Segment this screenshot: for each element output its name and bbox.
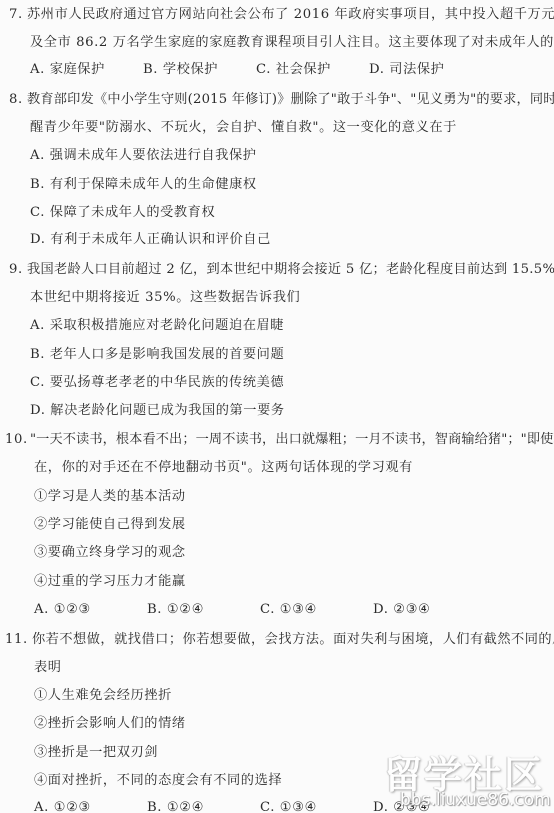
option-d: D. 解决老龄化问题已成为我国的第一要务 (30, 401, 285, 421)
question-stem-line: 你若不想做，就找借口；你若想要做，会找方法。面对失利与困境，人们有截然不同的反应 (32, 630, 554, 650)
question-stem-line: 苏州市人民政府通过官方网站向社会公布了 2016 年政府实事项目，其中投入超千万… (27, 5, 554, 25)
question-stem-line: 及全市 86.2 万名学生家庭的家庭教育课程项目引人注目。这主要体现了对未成年人… (30, 33, 554, 53)
question-number: 7. (9, 5, 23, 25)
option-a: A. 家庭保护 (30, 60, 105, 80)
question-number: 10. (5, 430, 28, 450)
statement-3: ③挫折是一把双刃剑 (34, 743, 158, 763)
question-stem-line: 我国老龄人口目前超过 2 亿，到本世纪中期将会接近 5 亿；老龄化程度目前达到 … (27, 260, 554, 280)
statement-2: ②学习能使自己得到发展 (34, 515, 186, 535)
option-c: C. ①③④ (260, 798, 317, 813)
statement-4: ④面对挫折，不同的态度会有不同的选择 (34, 771, 282, 791)
option-a: A. 强调未成年人要依法进行自我保护 (30, 146, 257, 166)
question-number: 11. (5, 630, 28, 650)
question-stem-line: 醒青少年要"防溺水、不玩火，会自护、懂自救"。这一变化的意义在于 (30, 118, 457, 138)
option-b: B. ①②④ (147, 798, 204, 813)
question-stem-line: 表明 (34, 658, 62, 678)
option-c: C. 保障了未成年人的受教育权 (30, 203, 215, 223)
question-stem-line: 教育部印发《中小学生守则(2015 年修订)》删除了"敢于斗争"、"见义勇为"的… (27, 90, 554, 110)
question-stem-line: 在，你的对手还在不停地翻动书页"。这两句话体现的学习观有 (34, 458, 413, 478)
option-b: B. 有利于保障未成年人的生命健康权 (30, 175, 257, 195)
statement-4: ④过重的学习压力才能赢 (34, 572, 186, 592)
option-a: A. ①②③ (34, 798, 91, 813)
option-d: D. 有利于未成年人正确认识和评价自己 (30, 230, 271, 250)
option-d: D. ②③④ (373, 600, 431, 620)
option-d: D. ②③④ (373, 798, 431, 813)
option-d: D. 司法保护 (369, 60, 444, 80)
option-b: B. 学校保护 (143, 60, 218, 80)
question-number: 9. (9, 260, 23, 280)
option-b: B. 老年人口多是影响我国发展的首要问题 (30, 345, 284, 365)
question-number: 8. (9, 90, 23, 110)
option-c: C. 社会保护 (256, 60, 331, 80)
statement-2: ②挫折会影响人们的情绪 (34, 714, 186, 734)
option-a: A. 采取积极措施应对老龄化问题迫在眉睫 (30, 316, 284, 336)
option-c: C. ①③④ (260, 600, 317, 620)
statement-3: ③要确立终身学习的观念 (34, 543, 186, 563)
option-a: A. ①②③ (34, 600, 91, 620)
watermark-title: 留学社区 (384, 744, 544, 799)
option-c: C. 要弘扬尊老孝老的中华民族的传统美德 (30, 373, 284, 393)
question-stem-line: "一天不读书，根本看不出；一周不读书，出口就爆粗；一月不读书，智商输给猪"；"即… (30, 430, 554, 450)
question-stem-line: 本世纪中期将接近 35%。这些数据告诉我们 (30, 288, 300, 308)
option-b: B. ①②④ (147, 600, 204, 620)
statement-1: ①学习是人类的基本活动 (34, 487, 186, 507)
statement-1: ①人生难免会经历挫折 (34, 686, 172, 706)
